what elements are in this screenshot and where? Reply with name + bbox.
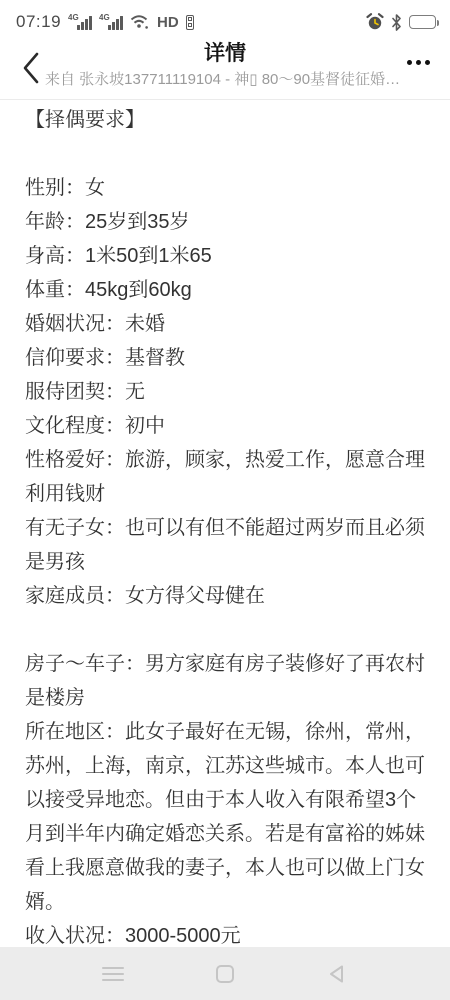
text-line: 性别：女 <box>25 171 425 205</box>
home-square-icon <box>216 965 234 983</box>
text-line <box>25 613 425 647</box>
text-line: 年龄：25岁到35岁 <box>25 205 425 239</box>
android-nav-bar <box>0 947 450 1000</box>
cellular-signal-icon-sim2: 4G <box>99 13 123 31</box>
phone-screen: 07:19 4G 4G HD <box>0 0 450 1000</box>
recents-button[interactable] <box>100 961 126 987</box>
back-triangle-icon <box>327 964 347 984</box>
status-bar: 07:19 4G 4G HD <box>0 0 450 38</box>
text-line: 服侍团契：无 <box>25 375 425 409</box>
home-button[interactable] <box>212 961 238 987</box>
text-line <box>25 137 425 171</box>
menu-icon <box>102 967 124 981</box>
more-options-button[interactable] <box>400 50 436 74</box>
back-chevron-icon <box>22 52 40 84</box>
text-line: 身高：1米50到1米65 <box>25 239 425 273</box>
text-line: 家庭成员：女方得父母健在 <box>25 579 425 613</box>
detail-text: 【择偶要求】性别：女年龄：25岁到35岁身高：1米50到1米65体重：45kg到… <box>0 100 450 953</box>
text-line: 【择偶要求】 <box>25 103 425 137</box>
text-line: 信仰要求：基督教 <box>25 341 425 375</box>
alarm-clock-icon <box>366 13 384 31</box>
sim-card-indicator-icon <box>186 15 194 30</box>
hd-volte-icon: HD <box>157 14 179 31</box>
text-line: 体重：45kg到60kg <box>25 273 425 307</box>
bluetooth-icon <box>391 14 402 31</box>
more-options-icon <box>407 60 412 65</box>
cellular-signal-icon-sim1: 4G <box>68 13 92 31</box>
nav-back-button[interactable] <box>324 961 350 987</box>
clock-time: 07:19 <box>16 12 61 32</box>
text-line: 文化程度：初中 <box>25 409 425 443</box>
back-button[interactable] <box>14 48 48 88</box>
text-line: 所在地区：此女子最好在无锡，徐州，常州，苏州，上海，南京，江苏这些城市。本人也可… <box>25 715 425 919</box>
page-title: 详情 <box>0 40 450 68</box>
text-line: 性格爱好：旅游，顾家，热爱工作，愿意合理利用钱财 <box>25 443 425 511</box>
message-source-subtitle: 来自 张永坡137711119104 - 神▯ 80～90基督徒征婚聊天… <box>0 70 450 90</box>
text-line: 有无子女：也可以有但不能超过两岁而且必须是男孩 <box>25 511 425 579</box>
text-line: 婚姻状况：未婚 <box>25 307 425 341</box>
header: 详情 来自 张永坡137711119104 - 神▯ 80～90基督徒征婚聊天… <box>0 38 450 100</box>
battery-icon <box>409 15 436 29</box>
wifi-icon <box>130 14 150 30</box>
text-line: 房子～车子：男方家庭有房子装修好了再农村是楼房 <box>25 647 425 715</box>
